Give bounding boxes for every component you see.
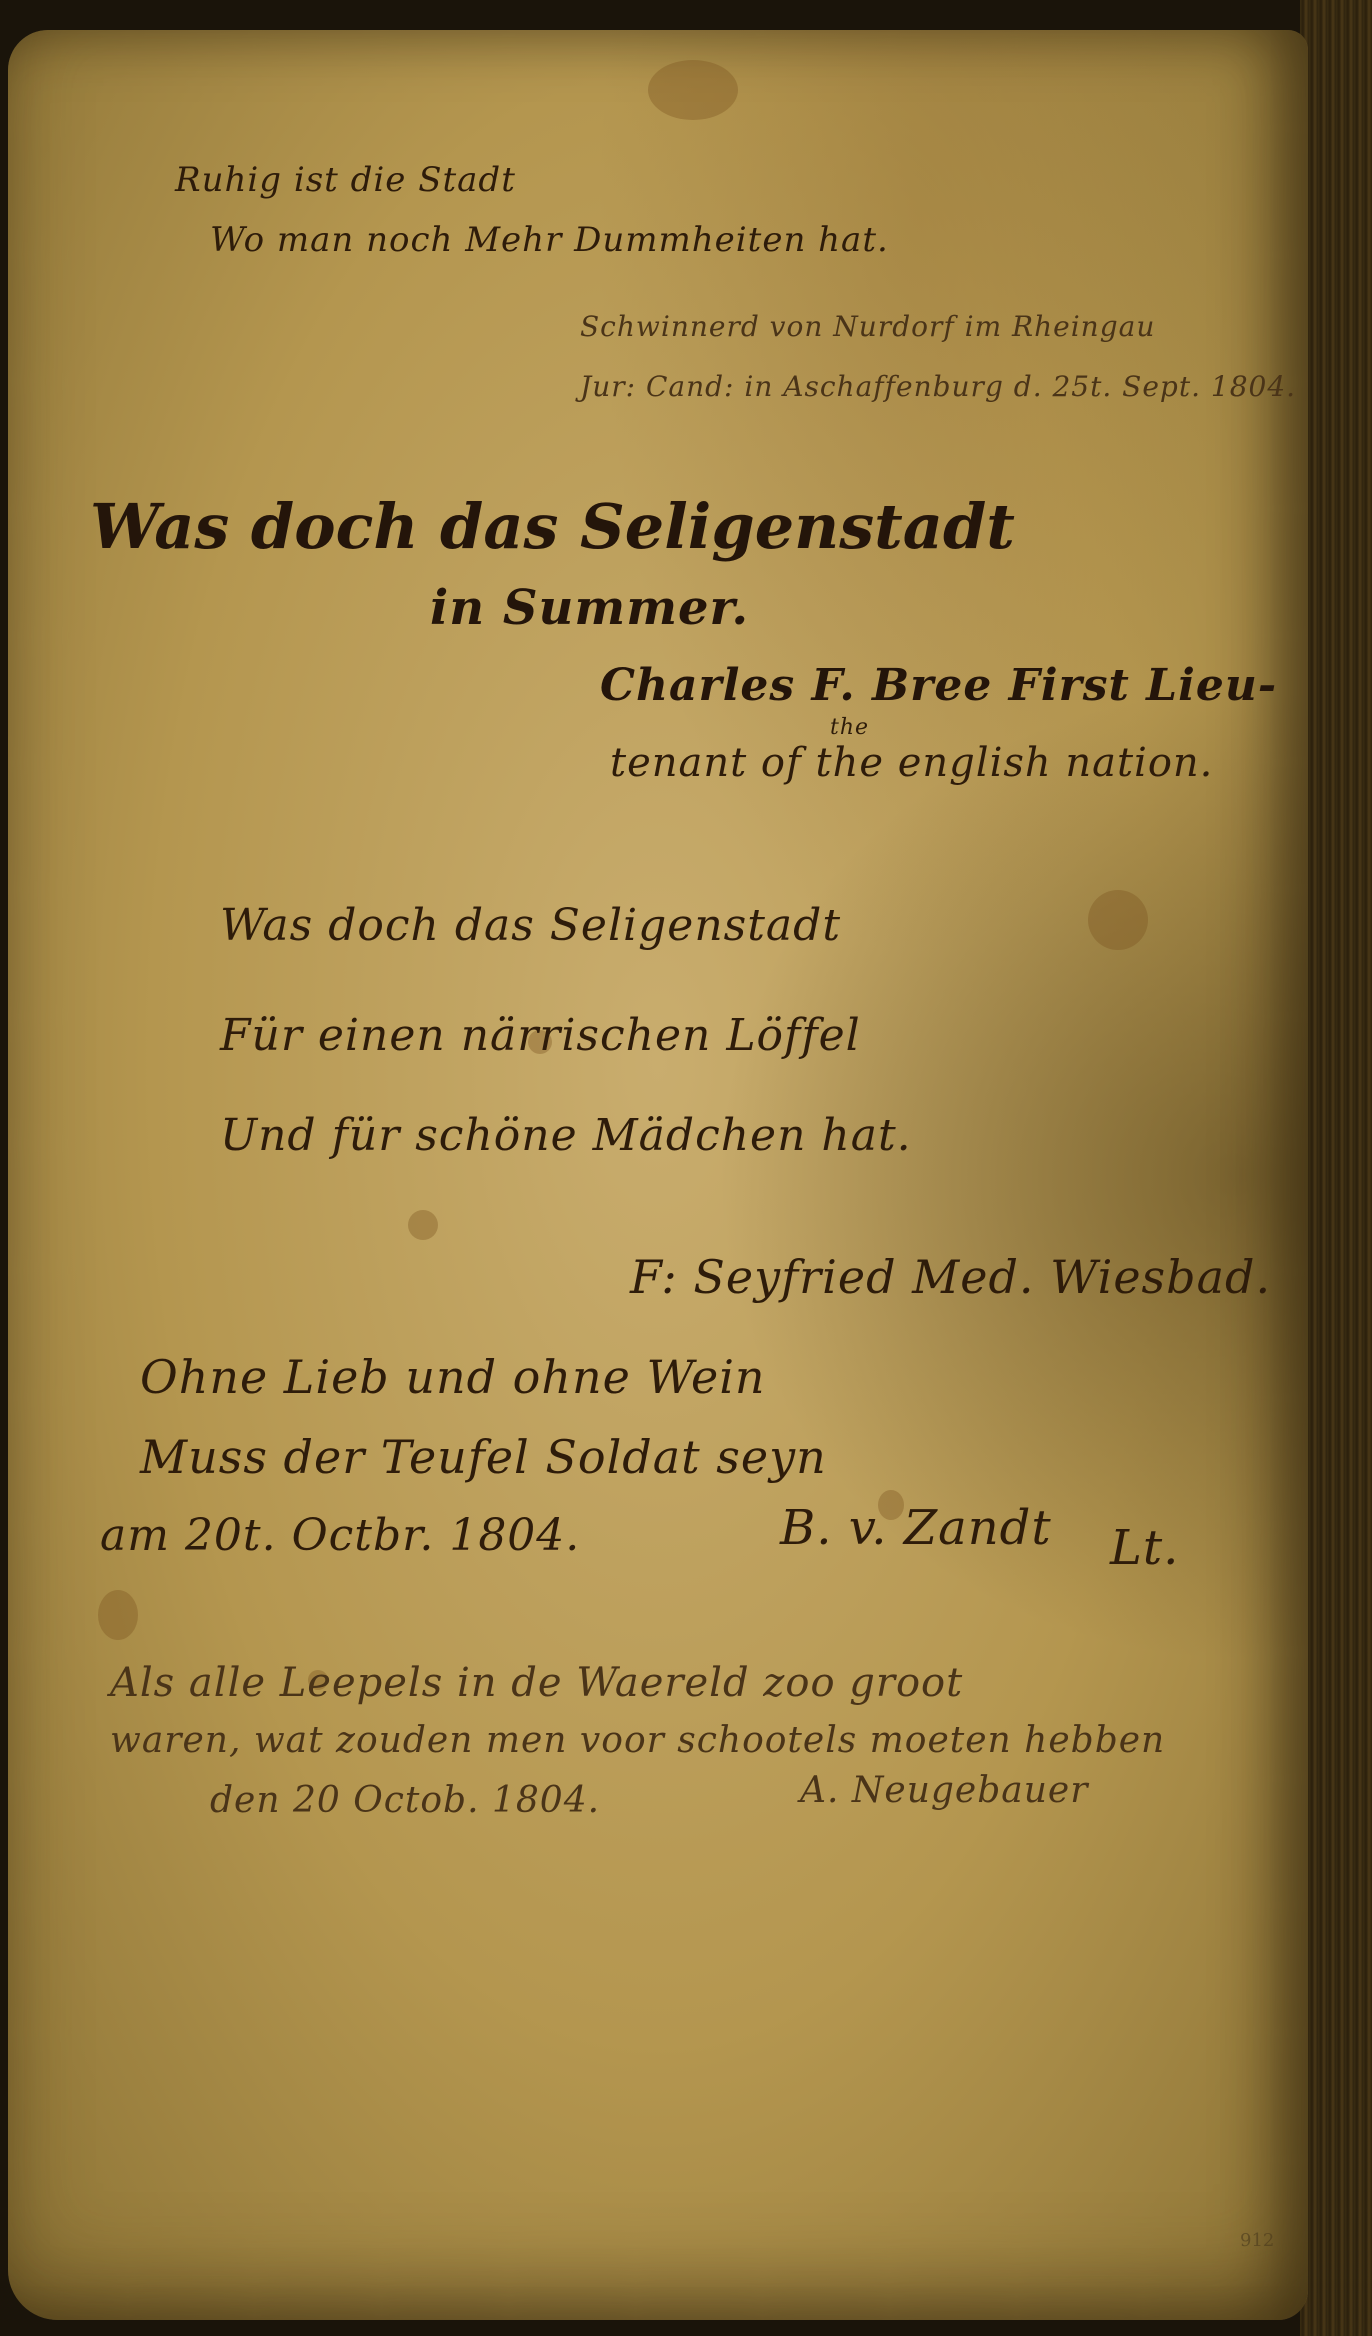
- entry-4-line-1: Ohne Lieb und ohne Wein: [140, 1350, 766, 1404]
- entry-5-line-1: Als alle Leepels in de Waereld zoo groot: [110, 1660, 963, 1706]
- entry-2-insertion: the: [830, 715, 869, 740]
- entry-1-signature-1: Schwinnerd von Nurdorf im Rheingau: [580, 310, 1155, 343]
- entry-3-line-1: Was doch das Seligenstadt: [220, 900, 841, 951]
- entry-5-line-2: waren, wat zouden men voor schootels moe…: [110, 1720, 1165, 1761]
- stain: [408, 1210, 438, 1240]
- entry-4-signature: B. v. Zandt: [780, 1500, 1052, 1556]
- entry-2-line-2: in Summer.: [430, 580, 749, 636]
- entry-2-signature-1: Charles F. Bree First Lieu-: [600, 660, 1277, 711]
- entry-4-date: am 20t. Octbr. 1804.: [100, 1510, 580, 1561]
- stain: [648, 60, 738, 120]
- entry-1-signature-2: Jur: Cand: in Aschaffenburg d. 25t. Sept…: [580, 370, 1296, 403]
- entry-2-line-1: Was doch das Seligenstadt: [90, 490, 1015, 563]
- entry-5-date: den 20 Octob. 1804.: [210, 1780, 600, 1821]
- entry-5-signature: A. Neugebauer: [800, 1770, 1088, 1811]
- stain: [98, 1590, 138, 1640]
- entry-2-signature-2: tenant of the english nation.: [610, 740, 1213, 786]
- entry-4-signature-rank: Lt.: [1110, 1520, 1179, 1576]
- entry-1-line-1: Ruhig ist die Stadt: [175, 160, 516, 200]
- book-page-edges: [1300, 0, 1372, 2336]
- entry-3-signature: F: Seyfried Med. Wiesbad.: [630, 1250, 1271, 1304]
- entry-4-line-2: Muss der Teufel Soldat seyn: [140, 1430, 827, 1484]
- entry-3-line-2: Für einen närrischen Löffel: [220, 1010, 861, 1061]
- folio-number: 912: [1240, 2230, 1274, 2251]
- entry-3-line-3: Und für schöne Mädchen hat.: [220, 1110, 912, 1161]
- entry-1-line-2: Wo man noch Mehr Dummheiten hat.: [210, 220, 889, 260]
- stain: [1088, 890, 1148, 950]
